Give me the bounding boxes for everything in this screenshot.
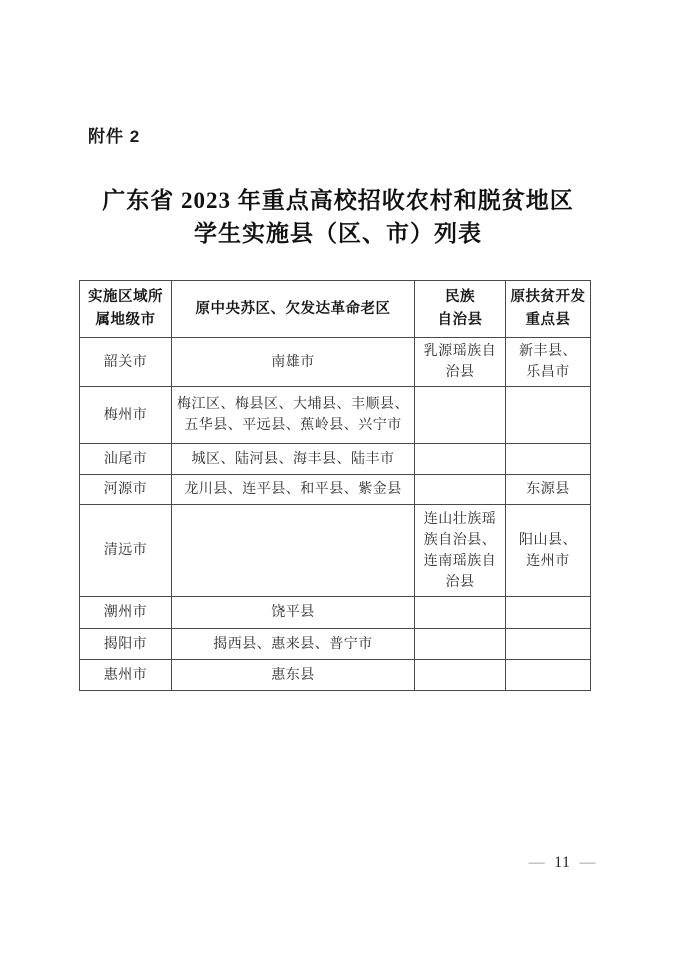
table-row: 韶关市 南雄市 乳源瑶族自 治县 新丰县、 乐昌市 [80,338,591,387]
page-number: —11— [529,854,596,872]
document-title-line1: 广东省 2023 年重点高校招收农村和脱贫地区 [60,184,616,217]
cell-ethnic-county: 连山壮族瑶 族自治县、 连南瑶族自 治县 [415,505,506,597]
cell-ethnic-county [415,444,506,475]
cell-city: 潮州市 [80,597,172,629]
page-number-dash-right: — [580,854,597,871]
cell-city: 河源市 [80,475,172,505]
cell-ethnic-county [415,660,506,691]
column-header-poverty-county: 原扶贫开发 重点县 [506,281,591,338]
cell-poverty-county [506,629,591,660]
cell-former-soviet-area [172,505,415,597]
cell-poverty-county [506,660,591,691]
cell-poverty-county [506,444,591,475]
cell-ethnic-county: 乳源瑶族自 治县 [415,338,506,387]
document-title: 广东省 2023 年重点高校招收农村和脱贫地区 学生实施县（区、市）列表 [60,184,616,250]
table-row: 汕尾市 城区、陆河县、海丰县、陆丰市 [80,444,591,475]
column-header-former-soviet-area: 原中央苏区、欠发达革命老区 [172,281,415,338]
cell-city: 清远市 [80,505,172,597]
cell-poverty-county [506,387,591,444]
document-title-line2: 学生实施县（区、市）列表 [60,217,616,250]
table-row: 惠州市 惠东县 [80,660,591,691]
page-number-value: 11 [554,854,570,871]
cell-ethnic-county [415,629,506,660]
table-row: 河源市 龙川县、连平县、和平县、紫金县 东源县 [80,475,591,505]
cell-city: 梅州市 [80,387,172,444]
cell-city: 揭阳市 [80,629,172,660]
cell-city: 惠州市 [80,660,172,691]
cell-former-soviet-area: 城区、陆河县、海丰县、陆丰市 [172,444,415,475]
cell-former-soviet-area: 惠东县 [172,660,415,691]
cell-former-soviet-area: 梅江区、梅县区、大埔县、丰顺县、 五华县、平远县、蕉岭县、兴宁市 [172,387,415,444]
cell-ethnic-county [415,475,506,505]
page-number-dash-left: — [529,854,546,871]
table-row: 清远市 连山壮族瑶 族自治县、 连南瑶族自 治县 阳山县、 连州市 [80,505,591,597]
column-header-city: 实施区域所 属地级市 [80,281,172,338]
cell-poverty-county: 阳山县、 连州市 [506,505,591,597]
table-row: 潮州市 饶平县 [80,597,591,629]
cell-poverty-county: 新丰县、 乐昌市 [506,338,591,387]
document-page: 附件 2 广东省 2023 年重点高校招收农村和脱贫地区 学生实施县（区、市）列… [0,0,680,961]
cell-former-soviet-area: 南雄市 [172,338,415,387]
cell-former-soviet-area: 饶平县 [172,597,415,629]
attachment-label: 附件 2 [88,122,140,147]
cell-ethnic-county [415,387,506,444]
cell-ethnic-county [415,597,506,629]
column-header-ethnic-county: 民族 自治县 [415,281,506,338]
cell-former-soviet-area: 龙川县、连平县、和平县、紫金县 [172,475,415,505]
cell-city: 韶关市 [80,338,172,387]
cell-city: 汕尾市 [80,444,172,475]
table-header-row: 实施区域所 属地级市 原中央苏区、欠发达革命老区 民族 自治县 原扶贫开发 重点… [80,281,591,338]
cell-former-soviet-area: 揭西县、惠来县、普宁市 [172,629,415,660]
cell-poverty-county [506,597,591,629]
cell-poverty-county: 东源县 [506,475,591,505]
implementation-counties-table: 实施区域所 属地级市 原中央苏区、欠发达革命老区 民族 自治县 原扶贫开发 重点… [79,280,591,691]
table-row: 揭阳市 揭西县、惠来县、普宁市 [80,629,591,660]
table-row: 梅州市 梅江区、梅县区、大埔县、丰顺县、 五华县、平远县、蕉岭县、兴宁市 [80,387,591,444]
